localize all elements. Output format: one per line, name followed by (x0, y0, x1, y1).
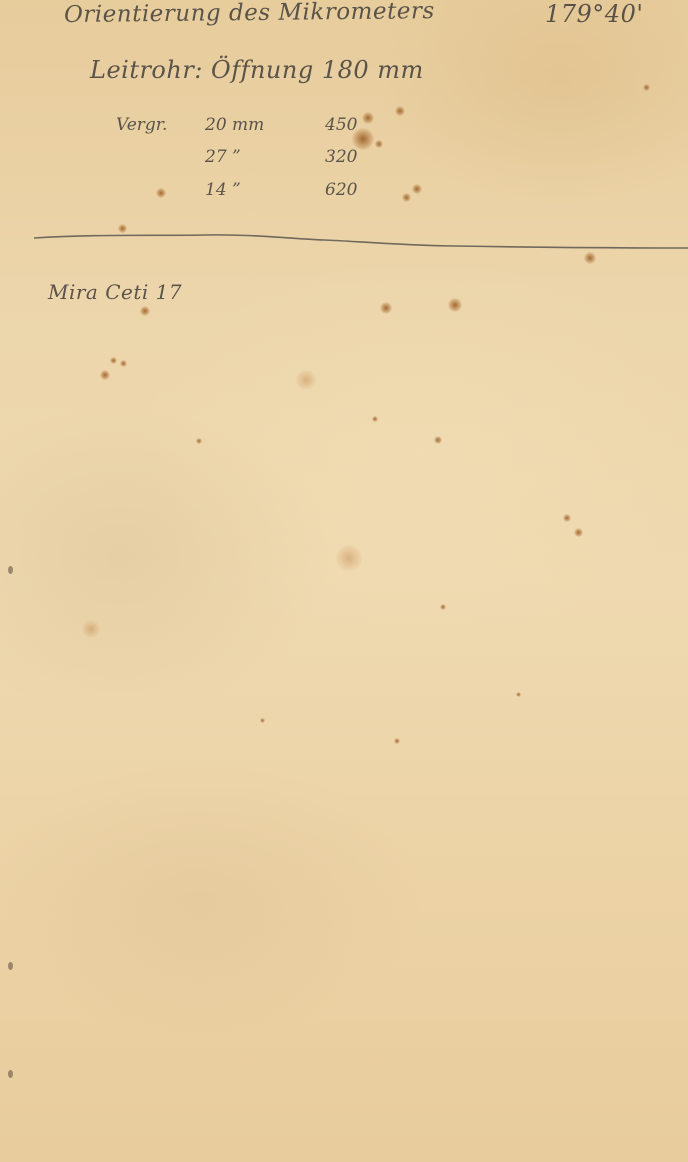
foxing-stain (196, 438, 202, 444)
foxing-stain (362, 112, 374, 124)
notebook-page: Orientierung des Mikrometers 179°40' Lei… (0, 0, 688, 1162)
foxing-stain (156, 188, 166, 198)
foxing-stain (402, 193, 411, 202)
foxing-stain (296, 370, 316, 390)
foxing-stain (120, 360, 127, 367)
binding-hole (8, 566, 13, 574)
table-cell-magnification: 450 (325, 115, 357, 135)
foxing-stain (395, 106, 405, 116)
foxing-stain (336, 545, 362, 571)
foxing-stain (440, 604, 446, 610)
foxing-stain (375, 140, 383, 148)
table-cell-magnification: 620 (325, 180, 357, 200)
foxing-stain (380, 302, 392, 314)
table-label: Vergr. (116, 115, 167, 135)
foxing-stain (110, 357, 117, 364)
foxing-stain (394, 738, 400, 744)
instrument-line: Leitrohr: Öffnung 180 mm (90, 56, 424, 84)
foxing-stain (448, 298, 462, 312)
foxing-stain (82, 620, 100, 638)
foxing-stain (140, 306, 150, 316)
binding-hole (8, 1070, 13, 1078)
heading-angle: 179°40' (545, 0, 643, 28)
foxing-stain (574, 528, 583, 537)
foxing-stain (260, 718, 265, 723)
table-cell-ocular: 20 mm (205, 115, 264, 135)
table-cell-ocular: 27 ” (205, 147, 241, 167)
foxing-stain (100, 370, 110, 380)
table-cell-ocular: 14 ” (205, 180, 241, 200)
divider-line (34, 230, 688, 254)
foxing-stain (516, 692, 521, 697)
heading-orientation: Orientierung des Mikrometers (64, 0, 435, 28)
foxing-stain (434, 436, 442, 444)
foxing-stain (372, 416, 378, 422)
table-cell-magnification: 320 (325, 147, 357, 167)
foxing-stain (563, 514, 571, 522)
foxing-stain (643, 84, 650, 91)
note-mira-ceti: Mira Ceti 17 (48, 280, 182, 304)
binding-hole (8, 962, 13, 970)
foxing-stain (412, 184, 422, 194)
